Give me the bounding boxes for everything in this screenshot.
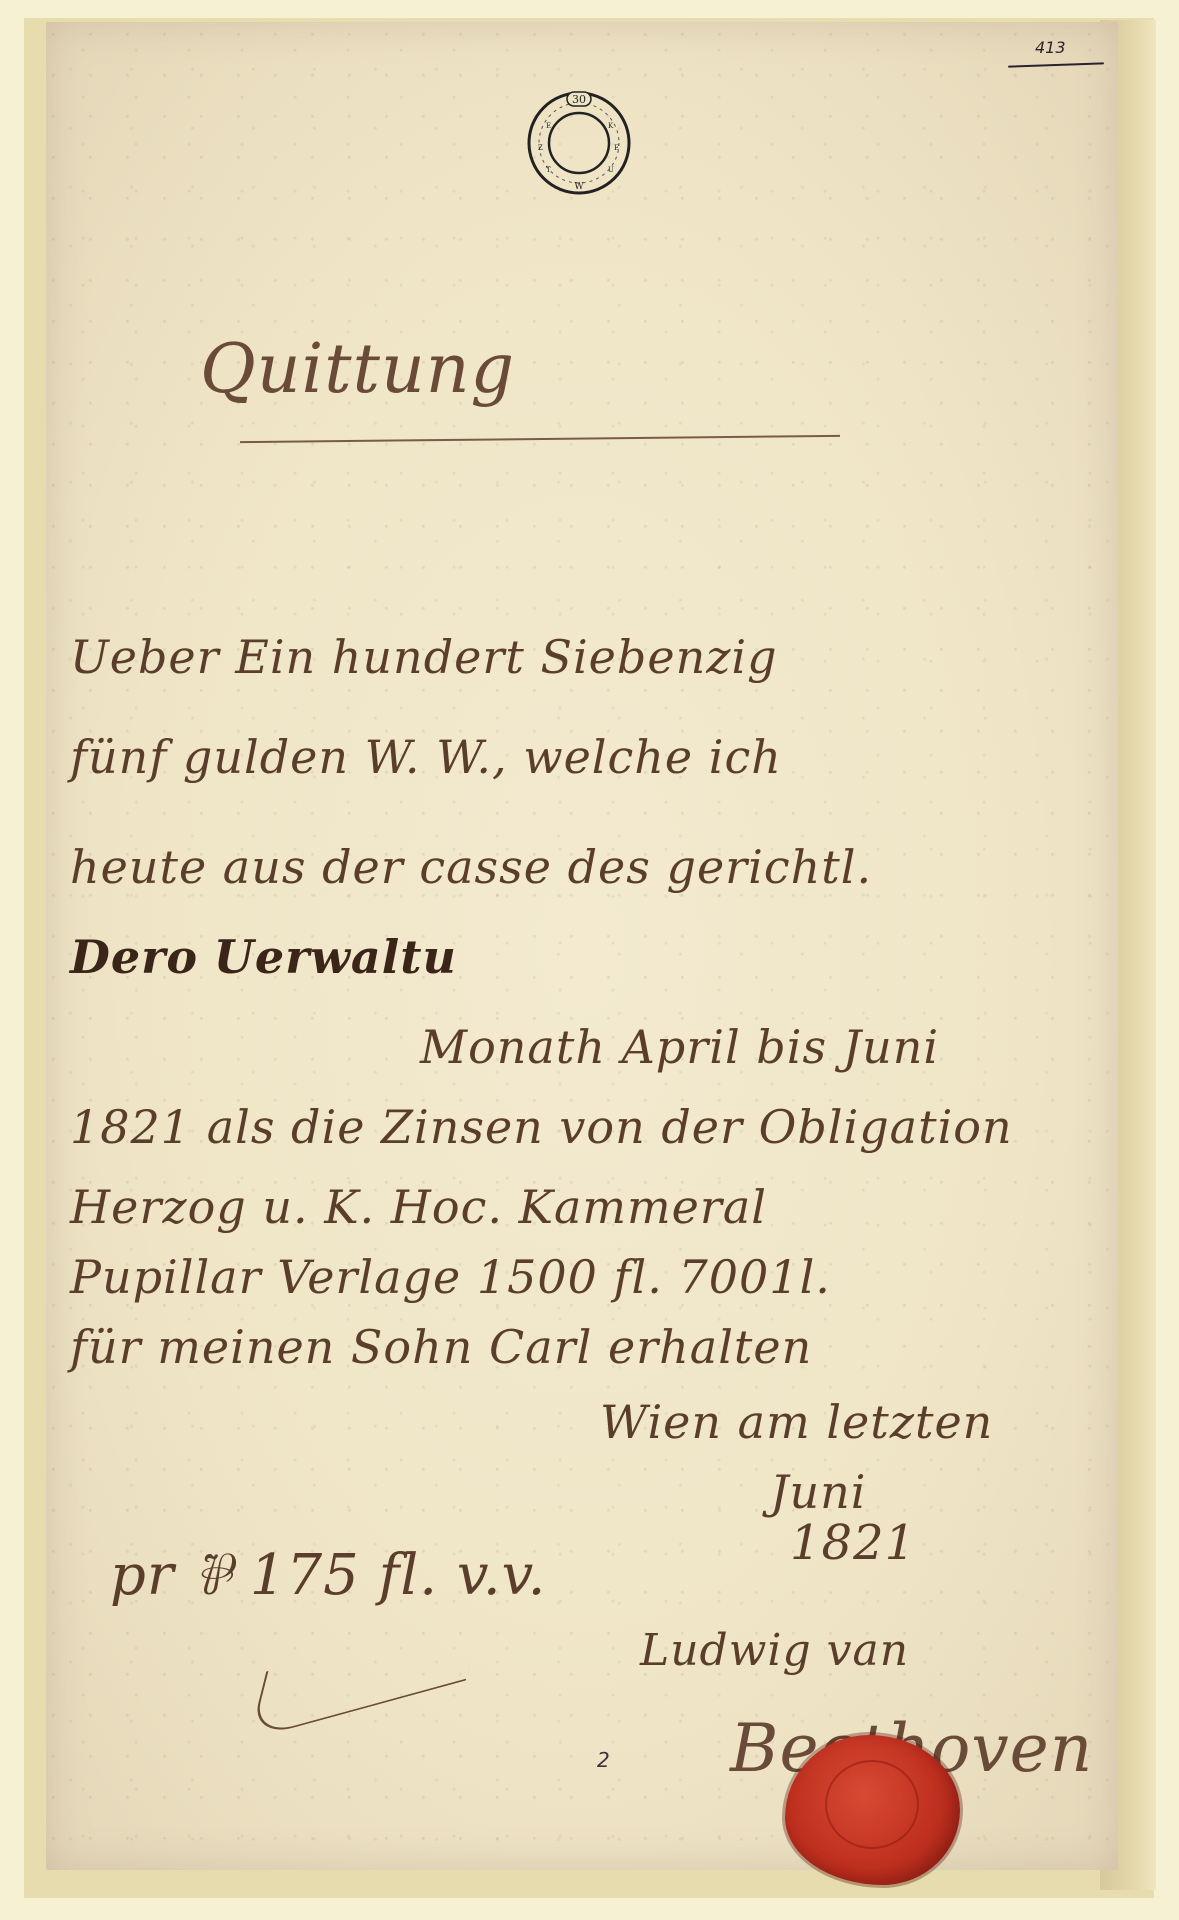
body-line-8: Pupillar Verlage 1500 fl. 7001l.: [70, 1250, 831, 1304]
place-date: Wien am letzten: [600, 1395, 993, 1449]
wax-seal-icon: [785, 1735, 960, 1885]
body-line-4: Dero Uerwaltu: [70, 930, 457, 984]
body-line-3: heute aus der casse des gerichtl.: [70, 840, 872, 894]
svg-text:E: E: [614, 144, 619, 152]
body-line-6: 1821 als die Zinsen von der Obligation: [70, 1100, 1013, 1154]
date-month: Juni: [770, 1465, 866, 1519]
svg-text:K: K: [608, 122, 614, 130]
svg-text:30: 30: [572, 93, 586, 106]
svg-text:E: E: [546, 122, 551, 130]
svg-text:Z: Z: [538, 144, 543, 152]
svg-text:T: T: [546, 166, 551, 174]
svg-text:U: U: [608, 166, 614, 174]
struck-word-1: Dero: [70, 930, 198, 984]
page-mark: 2: [597, 1748, 610, 1772]
tax-stamp-icon: 30 W E K Z E T U: [524, 88, 634, 198]
struck-word-2: Uerwaltu: [214, 930, 457, 984]
date-year: 1821: [790, 1515, 916, 1571]
signature-prefix: Ludwig van: [640, 1625, 909, 1676]
body-line-2: fünf gulden W. W., welche ich: [70, 730, 782, 784]
body-line-9: für meinen Sohn Carl erhalten: [70, 1320, 812, 1374]
amount-note: pr ⅌ 175 fl. v.v.: [110, 1535, 546, 1611]
body-line-1: Ueber Ein hundert Siebenzig: [70, 630, 778, 684]
body-line-7: Herzog u. K. Hoc. Kammeral: [70, 1180, 767, 1234]
svg-text:W: W: [574, 182, 584, 192]
document-title: Quittung: [200, 330, 515, 409]
body-line-5: Monath April bis Juni: [420, 1020, 939, 1074]
seal-impression: [825, 1760, 919, 1849]
folio-number: 413: [1035, 38, 1066, 57]
